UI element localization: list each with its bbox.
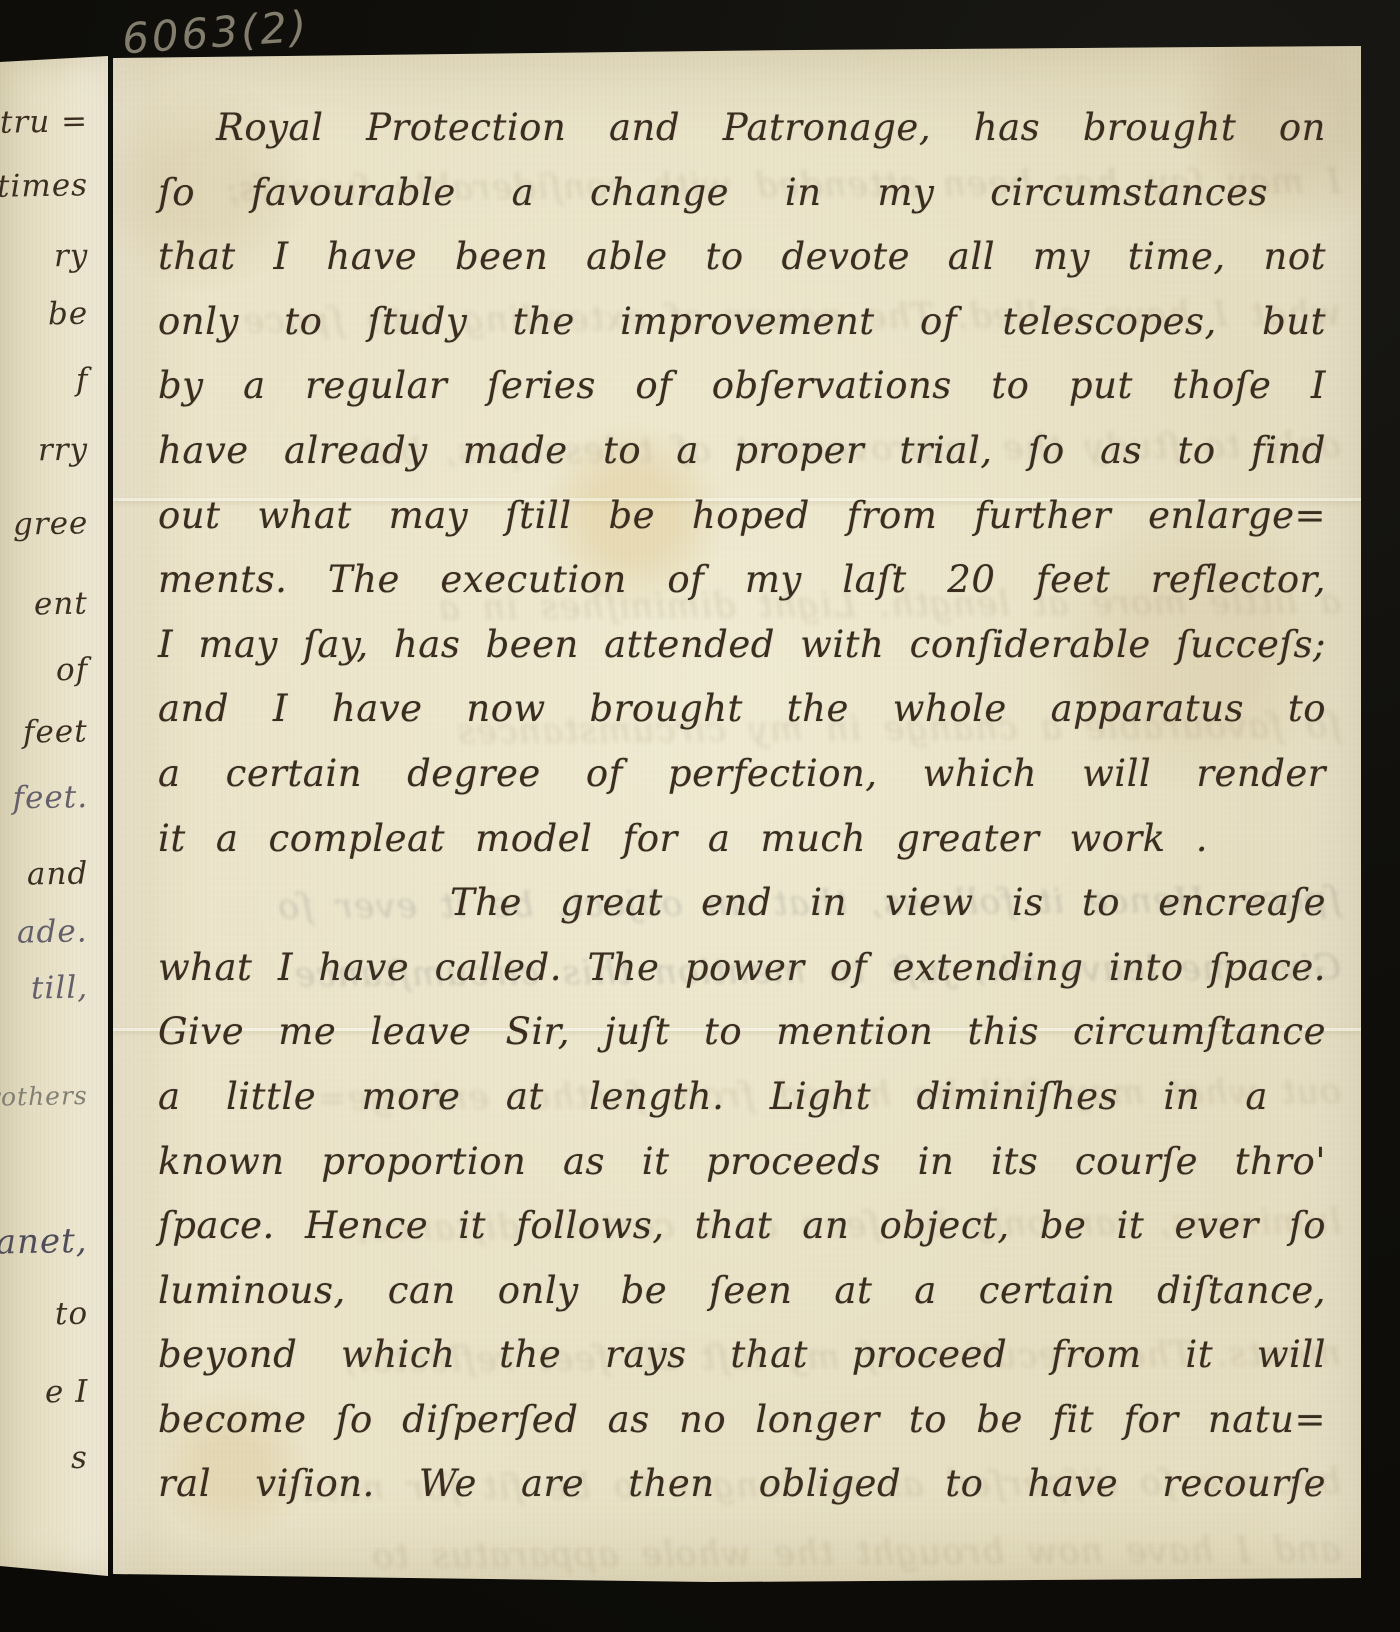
manuscript-line: beyond which the rays that proceed from … [158,1323,1326,1388]
left-page-fragment: Planet, [0,1221,88,1263]
left-page-fragment: of [56,652,89,689]
manuscript-line: Give me leave Sir, juſt to mention this … [158,1000,1326,1065]
manuscript-line: by a regular ſeries of obſervations to p… [158,354,1326,419]
left-page-fragment: and [26,855,88,892]
manuscript-line: ſo favourable a change in my circumstanc… [158,161,1326,226]
manuscript-body: Royal Protection and Patronage, has brou… [158,96,1326,1517]
left-page-fragment: tru = [0,103,88,141]
manuscript-line: a certain degree of perfection, which wi… [158,742,1326,807]
left-page-fragment: 0 feet. [0,779,88,817]
manuscript-line: ſpace. Hence it follows, that an object,… [158,1194,1326,1259]
manuscript-line: The great end in view is to encreaſe [158,871,1326,936]
manuscript-line: only to ſtudy the improvement of telesco… [158,290,1326,355]
left-page-fragment: s [71,1440,89,1476]
left-page-fragment: brothers [0,1081,88,1112]
left-page-sliver: tru = times ry be f rry gree ent of feet… [0,56,108,1576]
left-page-fragment: to [55,1296,89,1333]
left-page-fragment: ade. [17,913,88,950]
main-page: I may ſay, has been attended with conſid… [113,46,1361,1582]
left-page-fragment: f [75,362,88,398]
left-page-fragment: be [47,296,88,333]
manuscript-line: and I have now brought the whole apparat… [158,677,1326,742]
bleedthrough-text: and I have now brought the whole apparat… [143,1530,1341,1578]
archival-number: 6063(2) [121,2,311,64]
left-page-fragment: times [0,167,88,205]
left-page-fragment: ry [53,238,88,275]
left-page-fragment: till, [31,970,89,1007]
manuscript-line: luminous, can only be ſeen at a certain … [158,1259,1326,1324]
left-page-fragment: feet [23,713,88,750]
manuscript-line: Royal Protection and Patronage, has brou… [158,96,1326,161]
manuscript-line: I may ſay, has been attended with conſid… [158,613,1326,678]
manuscript-line: what I have called. The power of extendi… [158,936,1326,1001]
left-page-fragment: rry [38,432,89,469]
manuscript-line: a little more at length. Light diminiſhe… [158,1065,1326,1130]
left-page-fragment: gree [12,505,88,542]
manuscript-line: have already made to a proper trial, ſo … [158,419,1326,484]
manuscript-line: known proportion as it proceeds in its c… [158,1130,1326,1195]
manuscript-scan: tru = times ry be f rry gree ent of feet… [0,0,1400,1632]
manuscript-line: that I have been able to devote all my t… [158,225,1326,290]
manuscript-line: become ſo diſperſed as no longer to be f… [158,1388,1326,1453]
left-page-fragment: ent [34,586,88,623]
manuscript-line: ments. The execution of my laſt 20 feet … [158,548,1326,613]
manuscript-line: ral viſion. We are then obliged to have … [158,1452,1326,1517]
manuscript-line: it a compleat model for a much greater w… [158,807,1326,872]
manuscript-line: out what may ſtill be hoped from further… [158,484,1326,549]
left-page-fragment: e I [44,1374,88,1411]
